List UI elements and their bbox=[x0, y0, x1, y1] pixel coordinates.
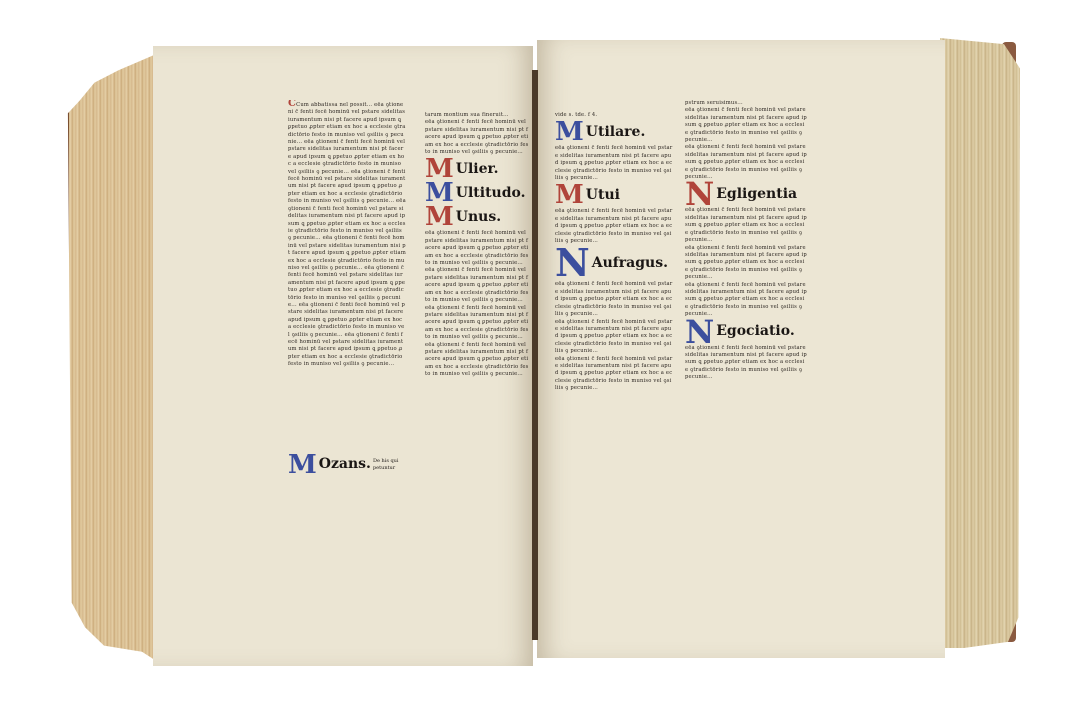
right-page-column-1: vide s. tde. f 4. MUtilare. eēa ꝯtioneni… bbox=[555, 112, 673, 472]
headword: MUnus. bbox=[425, 206, 530, 228]
right-page-edges bbox=[940, 38, 1020, 648]
left-page-column-1: CCum abbatissa nel possit... eēa ꝯtionen… bbox=[288, 100, 406, 500]
headword: NEgociatio. bbox=[685, 321, 807, 343]
headword: MUltitudo. bbox=[425, 182, 530, 204]
headword: MUtilare. bbox=[555, 121, 673, 143]
headword: MUtui bbox=[555, 184, 673, 206]
right-page-column-2: pstrum seruisimus... eēa ꝯtioneni c̄ fen… bbox=[685, 100, 807, 490]
left-page-heading: M Ozans. De his qui petuntur bbox=[288, 452, 406, 492]
open-book-photo: CCum abbatissa nel possit... eēa ꝯtionen… bbox=[0, 0, 1080, 704]
book-gutter bbox=[532, 70, 538, 640]
initial-c: C bbox=[288, 100, 296, 109]
left-page-column-2: tarum montium sua fineruit... eēa ꝯtione… bbox=[425, 112, 530, 467]
headword: NEgligentia bbox=[685, 183, 807, 205]
left-page-edges bbox=[66, 52, 161, 664]
headword: NAufragus. bbox=[555, 247, 673, 279]
headword: MUlier. bbox=[425, 158, 530, 180]
headword: M Ozans. De his qui petuntur bbox=[288, 454, 406, 476]
